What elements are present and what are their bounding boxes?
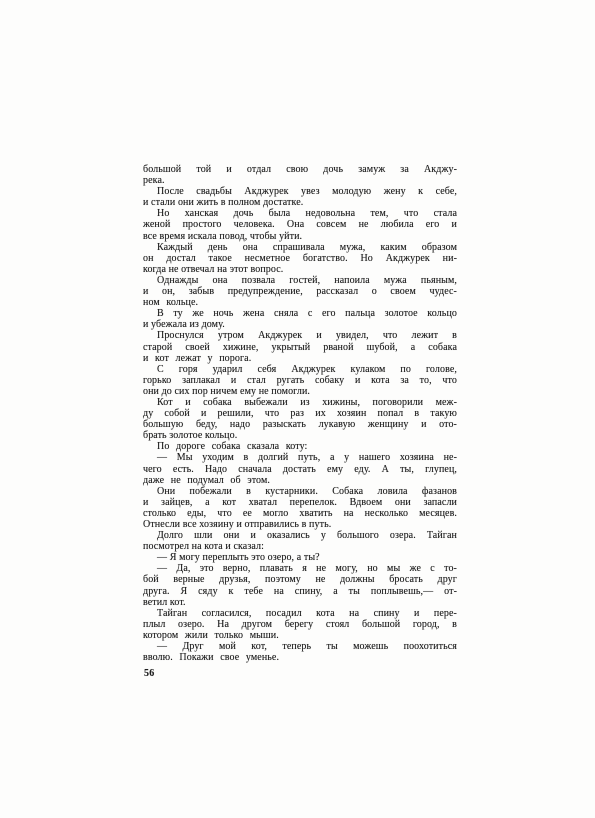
text-line: чего есть. Надо сначала достать ему еду.… — [143, 464, 457, 475]
text-line: — Да, это верно, плавать я не могу, но м… — [143, 563, 457, 574]
text-line: столько еды, что ее могло хватить на нес… — [143, 508, 457, 519]
text-line: Но ханская дочь была недовольна тем, что… — [143, 208, 457, 219]
text-line: друга. Я сяду к тебе на спину, а ты попл… — [143, 586, 457, 597]
text-line: Они побежали в кустарники. Собака ловила… — [143, 486, 457, 497]
text-line: ду собой и решили, что раз их хозяин поп… — [143, 408, 457, 419]
text-line: большой той и отдал свою дочь замуж за А… — [143, 164, 457, 175]
text-line: старой своей хижине, укрытый рваной шубо… — [143, 342, 457, 353]
text-line: — Я могу переплыть это озеро, а ты? — [143, 552, 457, 563]
text-line: вволю. Покажи свое уменье. — [143, 652, 457, 663]
text-line: брать золотое кольцо. — [143, 430, 457, 441]
text-line: — Друг мой кот, теперь ты можешь поохоти… — [143, 641, 457, 652]
text-line: горько заплакал и стал ругать собаку и к… — [143, 375, 457, 386]
text-line: ветил кот. — [143, 597, 457, 608]
text-line: река. — [143, 175, 457, 186]
text-line: даже не подумал об этом. — [143, 475, 457, 486]
text-line: С горя ударил себя Акджурек кулаком по г… — [143, 364, 457, 375]
text-line: Проснулся утром Акджурек и увидел, что л… — [143, 330, 457, 341]
text-line: и он, забыв предупреждение, рассказал о … — [143, 286, 457, 297]
text-line: посмотрел на кота и сказал: — [143, 541, 457, 552]
page-number: 56 — [144, 668, 155, 679]
text-line: большую беду, надо разыскать лукавую жен… — [143, 419, 457, 430]
text-line: они до сих пор ничем ему не помогли. — [143, 386, 457, 397]
text-line: ном кольце. — [143, 297, 457, 308]
text-line: Долго шли они и оказались у большого озе… — [143, 530, 457, 541]
text-line: После свадьбы Акджурек увез молодую жену… — [143, 186, 457, 197]
text-line: и убежала из дому. — [143, 319, 457, 330]
text-line: В ту же ночь жена сняла с его пальца зол… — [143, 308, 457, 319]
text-line: По дороге собака сказала коту: — [143, 441, 457, 452]
text-line: когда не отвечал на этот вопрос. — [143, 264, 457, 275]
text-line: и кот лежат у порога. — [143, 353, 457, 364]
text-line: бой верные друзья, поэтому не должны бро… — [143, 574, 457, 585]
text-line: плыл озеро. На другом берегу стоял больш… — [143, 619, 457, 630]
text-line: Отнесли все хозяину и отправились в путь… — [143, 519, 457, 530]
text-line: котором жили только мыши. — [143, 630, 457, 641]
page-text-block: большой той и отдал свою дочь замуж за А… — [143, 164, 457, 663]
text-line: Каждый день она спрашивала мужа, каким о… — [143, 242, 457, 253]
book-page: большой той и отдал свою дочь замуж за А… — [0, 0, 595, 818]
text-line: все время искала повод, чтобы уйти. — [143, 231, 457, 242]
text-line: Тайган согласился, посадил кота на спину… — [143, 608, 457, 619]
text-line: и зайцев, а кот хватал перепелок. Вдвоем… — [143, 497, 457, 508]
text-line: Однажды она позвала гостей, напоила мужа… — [143, 275, 457, 286]
text-line: женой простого человека. Она совсем не л… — [143, 219, 457, 230]
text-line: он достал такое несметное богатство. Но … — [143, 253, 457, 264]
text-line: и стали они жить в полном достатке. — [143, 197, 457, 208]
text-line: Кот и собака выбежали из хижины, поговор… — [143, 397, 457, 408]
text-line: — Мы уходим в долгий путь, а у нашего хо… — [143, 452, 457, 463]
